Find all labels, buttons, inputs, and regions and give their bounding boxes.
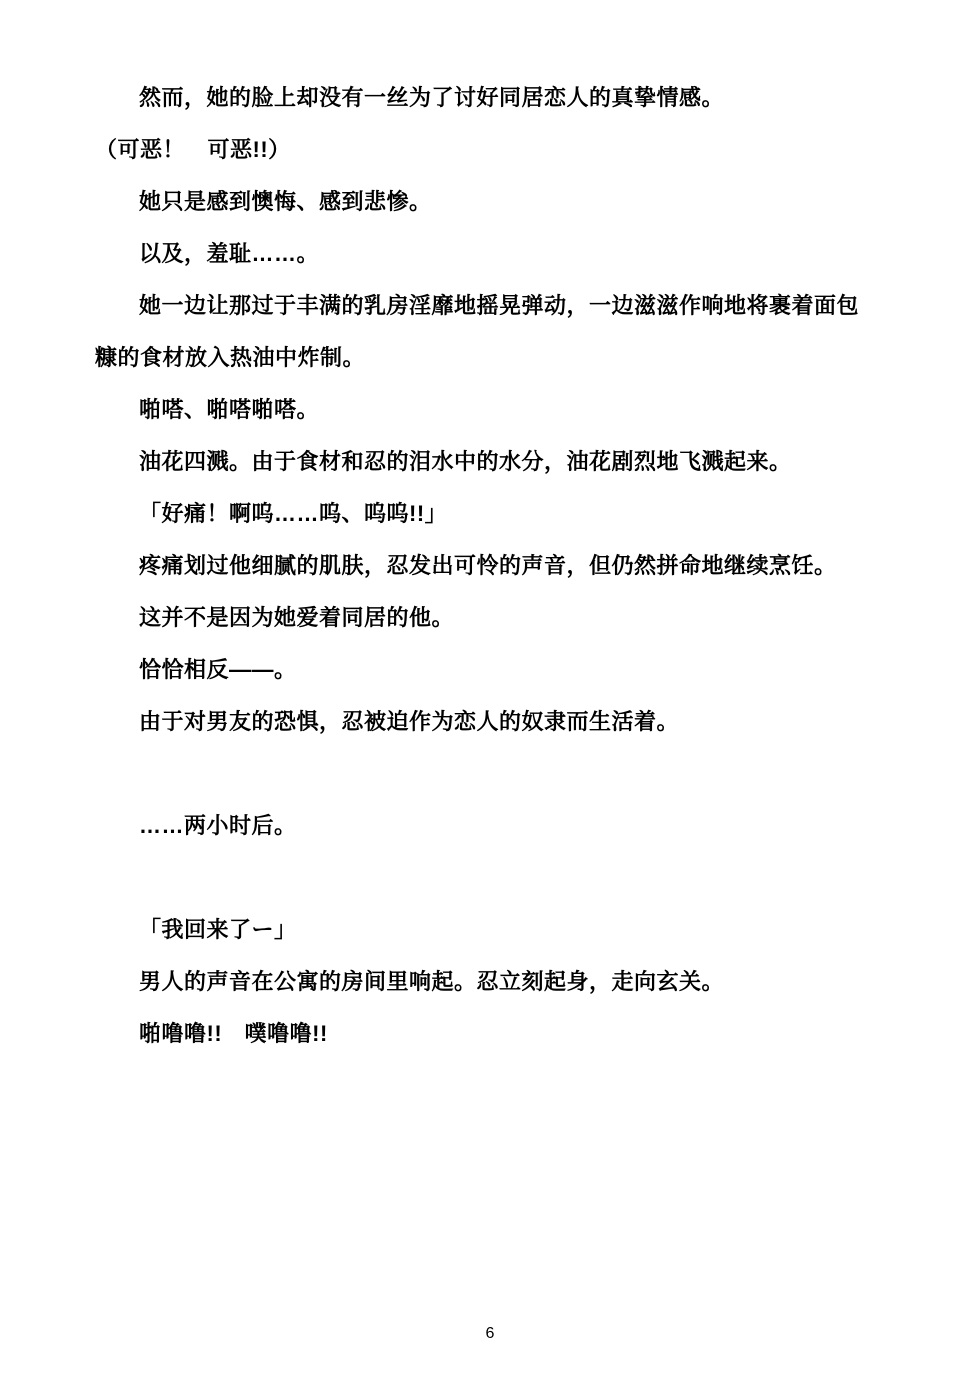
paragraph-line: 由于对男友的恐惧，忍被迫作为恋人的奴隶而生活着。 — [95, 696, 884, 748]
document-page: 然而，她的脸上却没有一丝为了讨好同居恋人的真挚情感。 （可恶！ 可恶!!） 她只… — [0, 0, 980, 1385]
paragraph-line: （可恶！ 可恶!!） — [95, 124, 884, 176]
paragraph-line: 「好痛！啊呜……呜、呜呜!!」 — [95, 488, 884, 540]
paragraph-line: 男人的声音在公寓的房间里响起。忍立刻起身，走向玄关。 — [95, 956, 884, 1008]
paragraph-line: 这并不是因为她爱着同居的他。 — [95, 592, 884, 644]
document-content: 然而，她的脸上却没有一丝为了讨好同居恋人的真挚情感。 （可恶！ 可恶!!） 她只… — [95, 72, 884, 1060]
paragraph-line: 疼痛划过他细腻的肌肤，忍发出可怜的声音，但仍然拼命地继续烹饪。 — [95, 540, 884, 592]
paragraph-line: 「我回来了ー」 — [95, 904, 884, 956]
paragraph-line: 啪噜噜!! 噗噜噜!! — [95, 1008, 884, 1060]
paragraph-line: 以及，羞耻……。 — [95, 228, 884, 280]
paragraph-line: 糠的食材放入热油中炸制。 — [95, 332, 884, 384]
paragraph-line: 恰恰相反——。 — [95, 644, 884, 696]
blank-line — [95, 852, 884, 904]
paragraph-line: 她一边让那过于丰满的乳房淫靡地摇晃弹动，一边滋滋作响地将裹着面包 — [95, 280, 884, 332]
paragraph-line: 她只是感到懊悔、感到悲惨。 — [95, 176, 884, 228]
page-number: 6 — [0, 1325, 980, 1343]
paragraph-line: 油花四溅。由于食材和忍的泪水中的水分，油花剧烈地飞溅起来。 — [95, 436, 884, 488]
paragraph-line: ……两小时后。 — [95, 800, 884, 852]
blank-line — [95, 748, 884, 800]
paragraph-line: 啪嗒、啪嗒啪嗒。 — [95, 384, 884, 436]
paragraph-line: 然而，她的脸上却没有一丝为了讨好同居恋人的真挚情感。 — [95, 72, 884, 124]
